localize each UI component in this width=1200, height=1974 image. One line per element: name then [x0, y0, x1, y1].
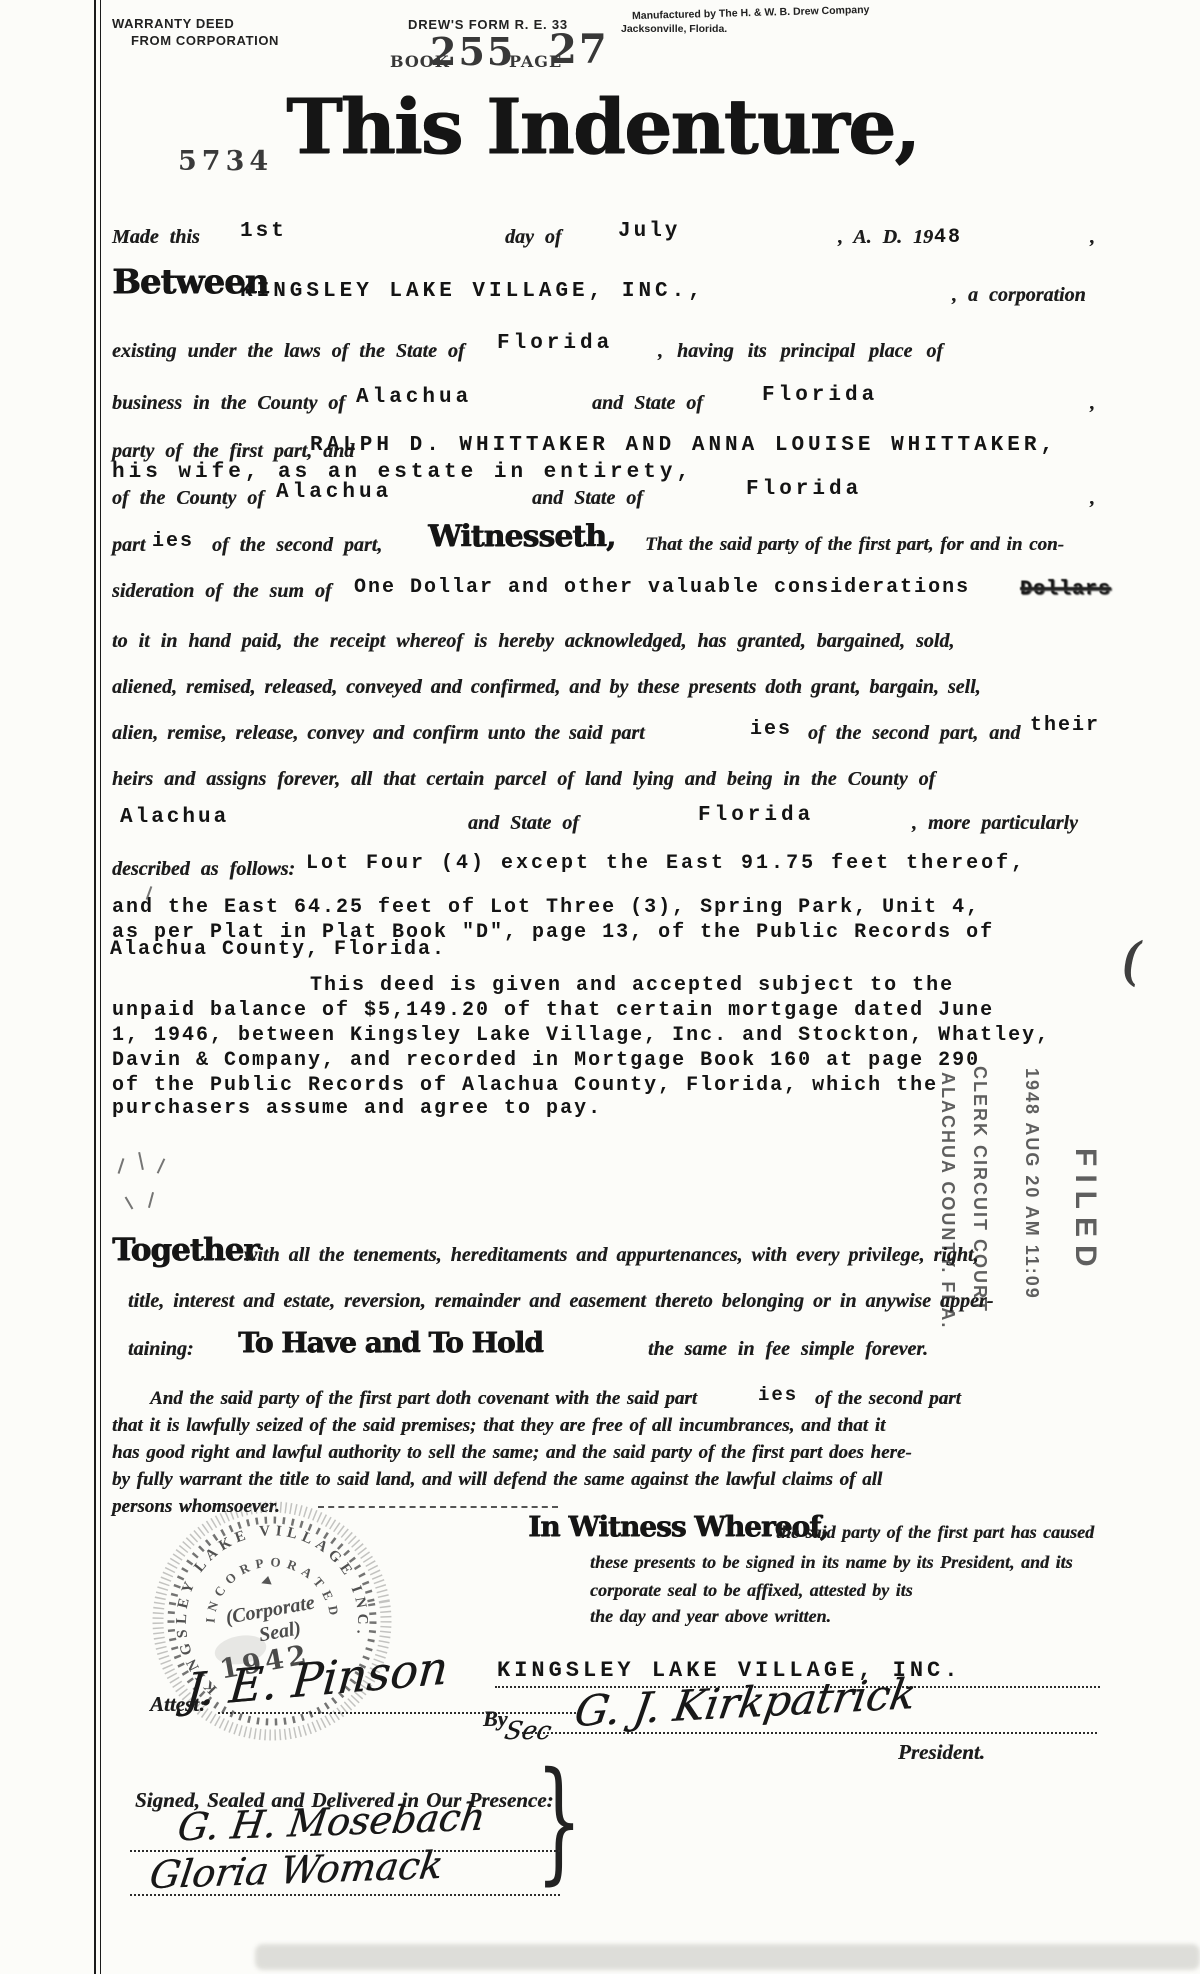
witness-signature-2: Gloria Womack — [147, 1843, 446, 1897]
grantee-state-value: Florida — [746, 478, 862, 501]
mortgage-line-6: purchasers assume and agree to pay. — [112, 1097, 602, 1120]
business-printed3: , — [1090, 392, 1095, 415]
description-line-3: Alachua County, Florida. — [110, 938, 446, 961]
witnesseth-printed1: part — [112, 534, 145, 557]
made-day-value: 1st — [240, 220, 287, 243]
form-type-line1: WARRANTY DEED — [112, 16, 234, 31]
attest-title-abbrev: Sec — [502, 1716, 554, 1745]
grantee-county-printed1: of the County of — [112, 487, 264, 510]
attest-label: Attest: — [150, 1692, 206, 1717]
execution-by-label: By — [483, 1706, 507, 1732]
existing-printed2: , having its principal place of — [658, 340, 943, 363]
grantee-county-printed3: , — [1090, 487, 1095, 510]
witness-whereof-line4: the day and year above written. — [590, 1606, 831, 1627]
witness-whereof-line1: the said party of the first part has cau… — [776, 1522, 1094, 1543]
grantee-county-value: Alachua — [276, 481, 392, 504]
property-county-value: Alachua — [120, 806, 229, 829]
left-margin-rule — [94, 0, 101, 1974]
property-state-value: Florida — [698, 804, 814, 827]
ink-mark — [118, 1158, 125, 1174]
together-word: Together — [112, 1232, 259, 1268]
covenant-line2: that it is lawfully seized of the said p… — [112, 1415, 885, 1437]
property-county-printed1: and State of — [468, 812, 579, 835]
consideration-typed: One Dollar and other valuable considerat… — [354, 576, 970, 599]
margin-paren-mark: ( — [1122, 930, 1139, 989]
mortgage-line-1: This deed is given and accepted subject … — [310, 974, 954, 997]
made-year-value: 48 — [934, 226, 1200, 249]
granting-line3-printed2: of the second part, and — [808, 722, 1020, 745]
described-printed: described as follows: — [112, 858, 295, 881]
made-printed4: , — [1090, 226, 1095, 249]
covenant-line1-printed1: And the said party of the first part dot… — [150, 1388, 697, 1410]
witnesseth-printed3: That the said party of the first part, f… — [645, 534, 1064, 556]
scan-noise-band — [255, 1944, 1200, 1970]
to-have-and-to-hold-word: To Have and To Hold — [238, 1326, 543, 1359]
witness-brace: } — [536, 1744, 582, 1898]
ink-mark — [125, 1196, 134, 1209]
covenant-line1-printed2: of the second part — [815, 1388, 961, 1410]
filed-stamp-office: CLERK CIRCUIT COURT — [969, 1066, 990, 1313]
described-typed: Lot Four (4) except the East 91.75 feet … — [306, 852, 1026, 875]
existing-printed1: existing under the laws of the State of — [112, 340, 465, 363]
attest-signature-line — [218, 1712, 576, 1714]
property-county-printed2: , more particularly — [912, 812, 1078, 835]
grantee-county-printed2: and State of — [532, 487, 643, 510]
ink-mark — [148, 1192, 154, 1208]
witnesseth-word: Witnesseth, — [428, 519, 615, 554]
manufacturer-line2: Jacksonville, Florida. — [621, 23, 727, 35]
business-printed1: business in the County of — [112, 392, 345, 415]
business-state-value: Florida — [762, 384, 878, 407]
granting-line3-typed: ies — [750, 718, 792, 741]
made-month-value: July — [618, 220, 680, 243]
charter-state-value: Florida — [497, 332, 613, 355]
grantor-name: KINGSLEY LAKE VILLAGE, INC., — [240, 280, 705, 303]
together-line3-printed1: taining: — [128, 1338, 194, 1361]
granting-line2: aliened, remised, released, conveyed and… — [112, 676, 981, 699]
instrument-number: 5734 — [178, 146, 273, 177]
witness-line-2 — [130, 1894, 560, 1896]
covenant-line4: by fully warrant the title to said land,… — [112, 1469, 882, 1491]
form-type-line2: FROM CORPORATION — [131, 33, 279, 48]
made-printed1: Made this — [112, 226, 200, 249]
ink-mark — [157, 1158, 166, 1173]
manufacturer-line1: Manufactured by The H. & W. B. Drew Comp… — [632, 4, 870, 22]
granting-line4: heirs and assigns forever, all that cert… — [112, 768, 935, 791]
grantee-names: RALPH D. WHITTAKER AND ANNA LOUISE WHITT… — [310, 434, 1057, 457]
deed-title: This Indenture, — [286, 82, 919, 171]
together-line3-printed2: the same in fee simple forever. — [648, 1338, 928, 1361]
consideration-printed1: sideration of the sum of — [112, 580, 332, 603]
covenant-line3: has good right and lawful authority to s… — [112, 1442, 912, 1464]
seal-triangle-mark — [260, 1576, 271, 1587]
made-printed3: , A. D. 19 — [838, 226, 933, 249]
together-line2: title, interest and estate, reversion, r… — [128, 1290, 993, 1313]
business-printed2: and State of — [592, 392, 703, 415]
witness-whereof-line3: corporate seal to be affixed, attested b… — [590, 1580, 913, 1601]
filed-stamp-word: FILED — [1068, 1148, 1102, 1275]
description-line-1: and the East 64.25 feet of Lot Three (3)… — [112, 896, 980, 919]
mortgage-line-3: 1, 1946, between Kingsley Lake Village, … — [112, 1024, 1050, 1047]
president-title: President. — [898, 1740, 985, 1765]
consideration-struck-word: Dollars — [1020, 578, 1111, 601]
ink-mark — [138, 1152, 144, 1170]
covenant-line1-typed: ies — [758, 1384, 798, 1406]
execution-by-line — [522, 1732, 1097, 1734]
deed-document-page: WARRANTY DEED FROM CORPORATION DREW'S FO… — [0, 0, 1200, 1974]
book-number: 255 — [430, 29, 515, 74]
between-printed: , a corporation — [952, 284, 1086, 307]
witnesseth-printed2: of the second part, — [212, 534, 382, 557]
granting-line3-typed2: their — [1030, 714, 1100, 737]
granting-line3-printed1: alien, remise, release, convey and confi… — [112, 722, 645, 745]
business-county-value: Alachua — [356, 386, 472, 409]
grantee-relation: his wife, as an estate in entirety, — [112, 461, 693, 484]
page-number: 27 — [549, 26, 609, 73]
mortgage-line-4: Davin & Company, and recorded in Mortgag… — [112, 1049, 980, 1072]
witnesseth-typed: ies — [152, 530, 194, 553]
filed-stamp-datetime: 1948 AUG 20 AM 11:09 — [1021, 1068, 1042, 1300]
mortgage-line-5: of the Public Records of Alachua County,… — [112, 1074, 938, 1097]
made-printed2: day of — [505, 226, 562, 249]
granting-line1: to it in hand paid, the receipt whereof … — [112, 630, 954, 653]
together-line1: with all the tenements, hereditaments an… — [244, 1244, 978, 1267]
witness-whereof-line2: these presents to be signed in its name … — [590, 1552, 1073, 1573]
mortgage-line-2: unpaid balance of $5,149.20 of that cert… — [112, 999, 994, 1022]
